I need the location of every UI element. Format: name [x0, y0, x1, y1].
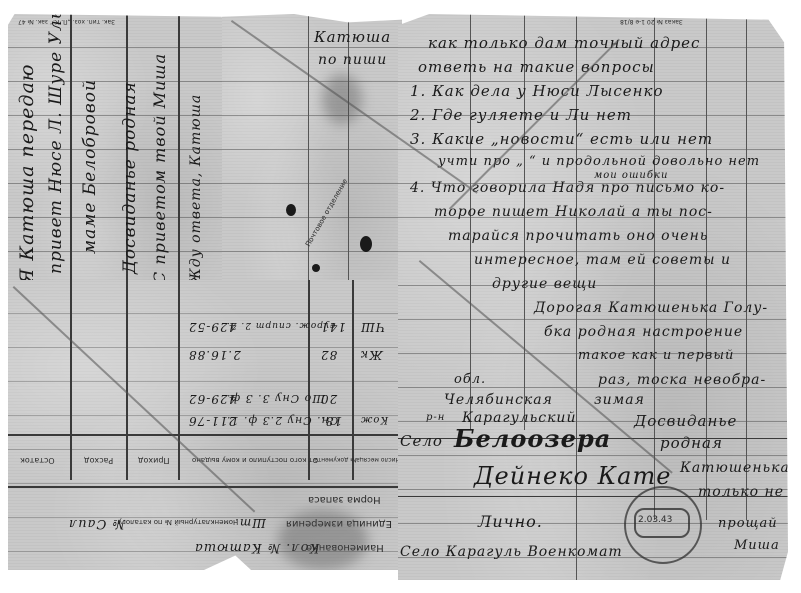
- letter-line: 3. Какие „новости“ есть или нет: [410, 130, 713, 148]
- column-header: Расход: [84, 456, 113, 465]
- column-rule: [746, 14, 747, 520]
- table-entry: ЧШ: [360, 320, 385, 334]
- column-rule: [178, 14, 180, 286]
- letter-line: ответь на такие вопросы: [418, 58, 655, 76]
- signoff-line: прощай: [718, 516, 778, 531]
- form-row-value: Шт.: [234, 516, 266, 530]
- table-entry: Жк: [360, 348, 383, 362]
- letter-middle-panel: Катюша по пиши Почтовое отделение: [222, 14, 402, 294]
- letter-line: Дорогая Катюшенька Голу-: [534, 300, 768, 316]
- handwritten-line: Жду ответа, Катюша: [188, 94, 204, 284]
- handwritten-line: маме Белобровой: [80, 79, 100, 254]
- form-row-label: Норма запаса: [308, 494, 381, 505]
- signoff-line: Катюшенька: [680, 460, 788, 476]
- ink-blot: [360, 236, 372, 252]
- letter-line: торое пишет Николай а ты пос-: [434, 204, 713, 220]
- letter-left-panel: Зак. тип. хоз. „П. К.“ зак. № 47 Я Катюш…: [8, 14, 226, 286]
- table-rule: [8, 434, 400, 436]
- letter-line: 1. Как дела у Нюси Лысенко: [410, 82, 663, 100]
- stain: [278, 510, 368, 570]
- table-entry: сурож. спирт 2. 2.: [226, 320, 335, 330]
- address-village-prefix: Село: [400, 432, 443, 450]
- letter-line: интересное, там ей советы и: [474, 252, 731, 268]
- handwritten-line: С приветом твой Миша: [150, 53, 169, 284]
- column-rule: [70, 14, 72, 286]
- letter-line: 4. Что говорила Надя про письмо ко-: [410, 180, 725, 196]
- column-rule: [70, 280, 72, 480]
- table-entry: 141: [320, 320, 346, 334]
- printed-header: Зак. тип. хоз. „П. К.“ зак. № 47: [18, 18, 115, 25]
- column-header: Приход: [138, 456, 169, 465]
- handwritten-heading: по пиши: [318, 52, 387, 68]
- address-village: Белоозера: [454, 424, 611, 453]
- signoff-line: Миша: [734, 538, 780, 553]
- handwritten-line: привет Нюсе Л. Шуре Ульяне: [46, 14, 66, 274]
- column-rule: [524, 14, 525, 430]
- ink-blot: [286, 204, 296, 216]
- handwritten-heading: Катюша: [314, 28, 391, 46]
- letter-line: учти про „ “ и продольной довольно нет: [438, 154, 760, 169]
- handwritten-line: Досвиданье родная: [120, 81, 140, 274]
- letter-line: другие вещи: [492, 276, 597, 292]
- postmark-date: 2.03.43: [638, 515, 672, 525]
- sender-address: Село Карагуль Военкомат: [400, 544, 623, 560]
- table-entry: 18.: [320, 414, 342, 428]
- column-header: № документа: [314, 456, 356, 463]
- letter-line: Досвиданье: [634, 412, 737, 430]
- letter-line: 2. Где гуляете и Ли нет: [410, 106, 632, 124]
- letter-line: такое как и первый: [578, 348, 734, 363]
- recipient-name: Дейнеко Кате: [474, 462, 671, 490]
- printed-header: Заказ № 20 1-е 8/18: [620, 18, 683, 25]
- letter-right-panel: Заказ № 20 1-е 8/18 как только дам точны…: [398, 14, 788, 580]
- column-rule: [308, 280, 310, 480]
- address-district-prefix: р-н: [426, 412, 445, 423]
- letter-line: тарайся прочитать оно очень: [448, 228, 708, 244]
- address-oblast: Челябинская: [444, 392, 553, 408]
- table-entry: Шо Сну 3. 3 ф.: [226, 392, 325, 405]
- form-row-value: № Саил: [68, 516, 125, 531]
- table-entry: Кож: [360, 414, 388, 425]
- table-entry: 20: [320, 392, 337, 406]
- table-rule: [8, 486, 400, 488]
- letter-line: раз, тоска невобра-: [598, 372, 766, 388]
- column-header: От кого поступило и кому выдано: [192, 456, 318, 464]
- column-rule: [126, 280, 128, 480]
- table-entry: 2.16.88: [188, 348, 241, 362]
- letter-line: бка родная настроение: [544, 324, 743, 340]
- form-row-label: Номенклатурный № по каталогу: [118, 518, 238, 526]
- handwritten-line: Я Катюша передаю: [16, 63, 38, 284]
- column-rule: [352, 280, 354, 480]
- column-header: Число месяца: [356, 456, 400, 463]
- table-entry: 82: [320, 348, 337, 362]
- letter-line: родная: [660, 434, 723, 452]
- letter-line: зимая: [594, 392, 645, 408]
- signoff-line: только не: [698, 484, 784, 500]
- delivery-note: Лично.: [478, 512, 543, 531]
- column-header: Остаток: [20, 456, 55, 465]
- address-region: обл.: [454, 372, 486, 387]
- printed-form-panel: 429-52 сурож. спирт 2. 2. 141 ЧШ 2.16.88…: [8, 280, 400, 570]
- ink-blot: [312, 264, 320, 272]
- column-rule: [178, 280, 180, 480]
- column-rule: [308, 14, 309, 294]
- letter-line: как только дам точный адрес: [428, 34, 700, 52]
- column-rule: [470, 14, 471, 430]
